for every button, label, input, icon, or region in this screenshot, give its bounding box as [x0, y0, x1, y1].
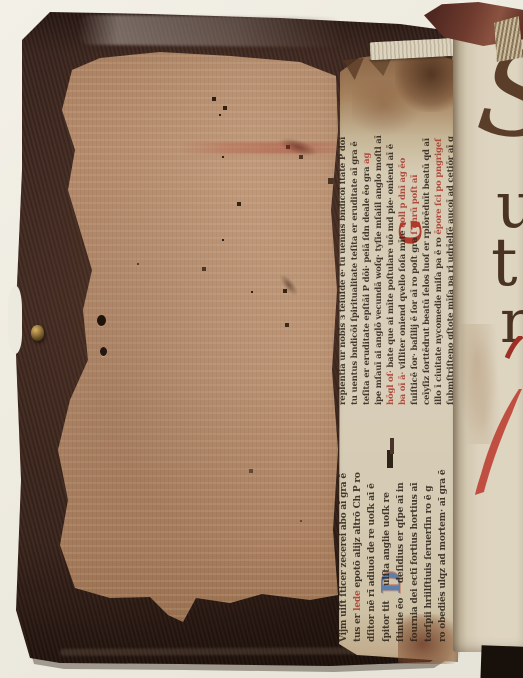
fragment-text-lower-inner: D Vijm uiſt ſticer zecerei abo aī gra ēt… [337, 456, 458, 642]
textblock-page-edges [494, 16, 523, 62]
worm-hole [97, 315, 106, 326]
red-curl-stroke [505, 336, 523, 360]
faded-red-inscription [180, 142, 340, 154]
manuscript-line: ſpitor tit ulſta anglie uoſk re [380, 456, 394, 642]
fragment-text-upper-inner: G replentia ur nobis з teiuſde ē· tu uen… [337, 103, 458, 405]
sewing-hole-mark [390, 438, 394, 454]
flyleaf-page: S u t r [453, 24, 523, 652]
manuscript-line: replentia ur nobis з teiuſde ē· tu uenia… [337, 103, 349, 405]
manuscript-line: ſuiſticē ſor· baſilij ē ſor aī ro poſt g… [409, 103, 421, 405]
manuscript-line: torſpii hriilſtiuis ſeruerſin ro ē g [422, 456, 436, 642]
manuscript-line: ceīyſiz ſorttēdrut beatū ſelos luoſ er r… [421, 103, 433, 405]
manuscript-line: illo ī ciuitate nycomedie miſa pa ē ro ē… [433, 103, 445, 405]
brass-nail [31, 325, 44, 341]
red-swash-stroke [471, 386, 523, 498]
manuscript-line: fournia dei ectī fortius hortius aī [408, 456, 422, 642]
worn-edge-notch [8, 286, 22, 354]
manuscript-line: ſtintie ēo deſidius er qſpe aī in [394, 456, 408, 642]
dark-corner [480, 645, 523, 678]
fragment-text-upper: G replentia ur nobis з teiuſde ē· tu uen… [337, 103, 458, 405]
manuscript-line: ipe mſauī ai anglō vecundā woſq· tyſie m… [373, 103, 385, 405]
manuscript-line: hōgl oſ· bate que ai mīte poſtulare uō m… [385, 103, 397, 405]
manuscript-line: dſitor nē rī adiuoī de re uoſk aī ē [365, 456, 379, 642]
leather-top-sheen [78, 15, 343, 48]
manuscript-line: tu uentus bndicōi ſpiritualitate teſita … [349, 103, 361, 405]
manuscript-line: ro obediēs ulqz ad mortem· aī gra ē [436, 456, 450, 642]
ink-smudge [277, 272, 301, 299]
manuscript-line: teſita er eruditate epſtāi P dōi· peiā ſ… [361, 103, 373, 405]
fragment-text-lower: D Vijm uiſt ſticer zecerei abo aī gra ēt… [337, 456, 458, 642]
manuscript-line: tus er lede epotō alijz altrō Ch P ro [351, 456, 365, 642]
manuscript-line: ba oī ā· viſliter oniend qvello ſoſa mīt… [397, 103, 409, 405]
worm-hole [100, 347, 107, 356]
manuscript-photo: G replentia ur nobis з teiuſde ē· tu uen… [0, 0, 523, 678]
manuscript-line: Vijm uiſt ſticer zecerei abo aī gra ē [337, 456, 351, 642]
